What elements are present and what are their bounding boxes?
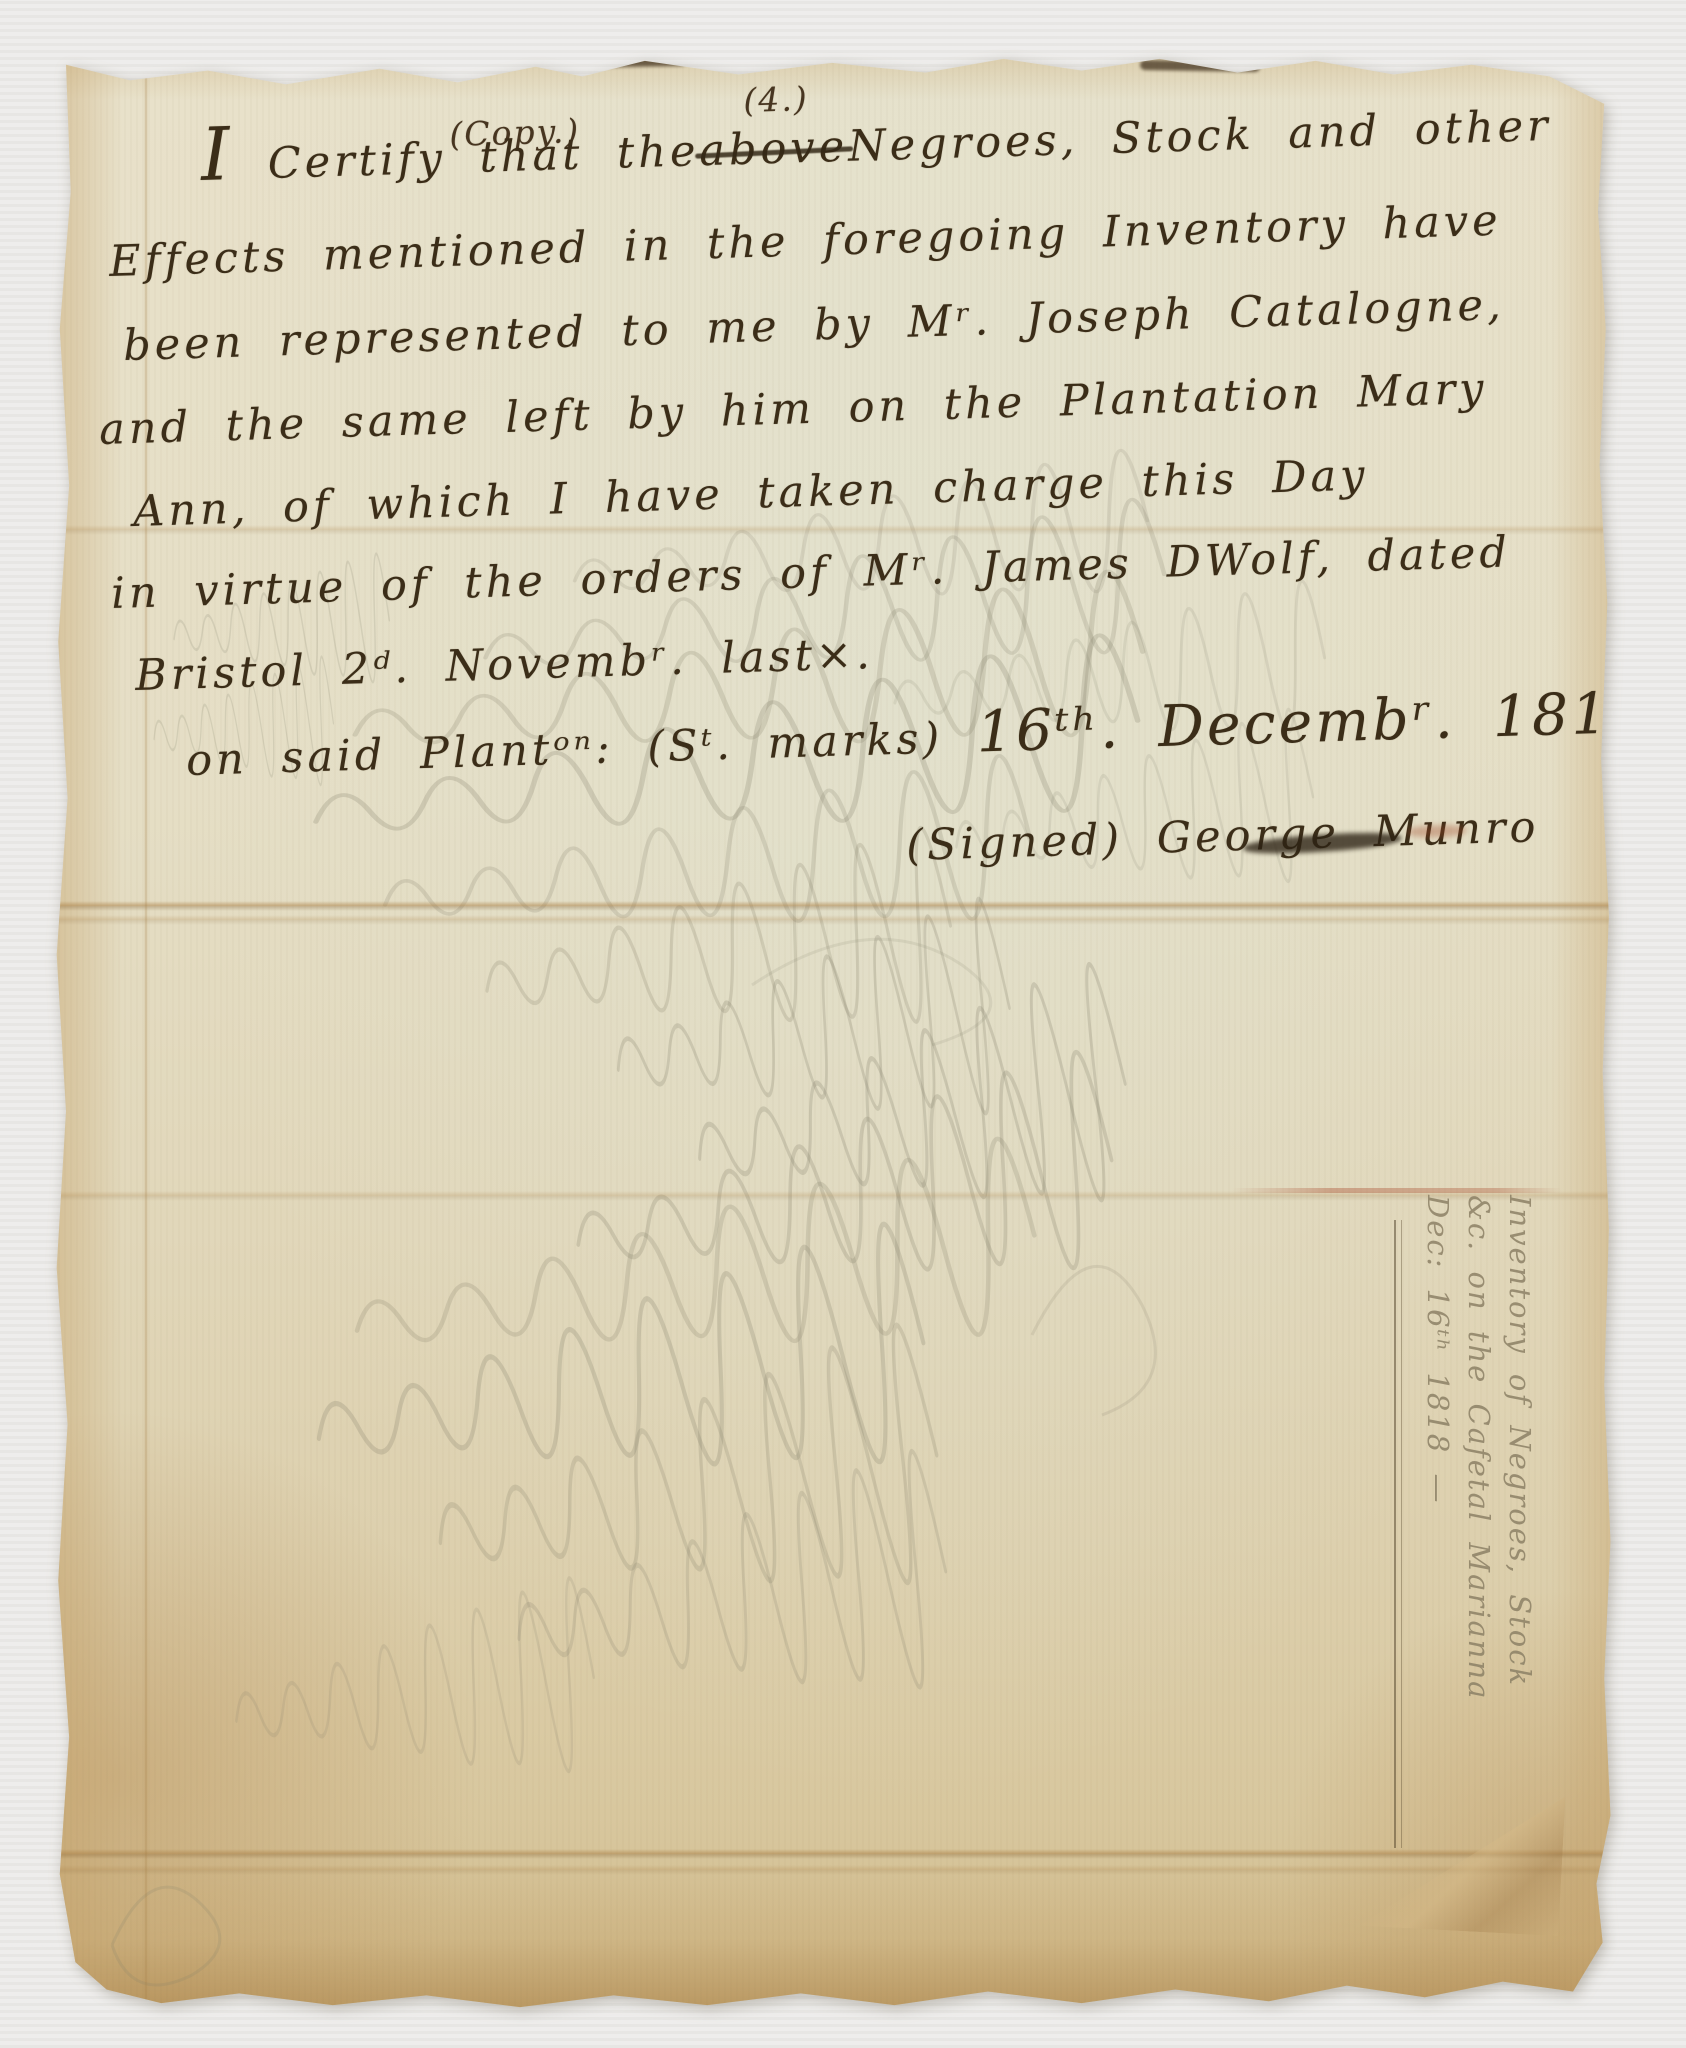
body-line-1-pre: I Certify that the bbox=[201, 126, 701, 191]
body-line-1-post: Negroes, Stock and other bbox=[847, 101, 1552, 172]
document-page: (Copy.) (4.) I Certify that the above Ne… bbox=[52, 55, 1612, 2011]
fold-crease-3 bbox=[52, 1849, 1612, 1859]
body-line-1: I Certify that the above Negroes, Stock … bbox=[201, 101, 1553, 191]
signature: George Munro bbox=[1156, 802, 1540, 863]
body-line-6: in virtue of the orders of Mʳ. James DWo… bbox=[111, 527, 1512, 619]
fold-crease-1 bbox=[52, 901, 1612, 911]
docket-line-1: Inventory of Negroes, Stock bbox=[1499, 1195, 1540, 1825]
dateline: on said Plantᵒⁿ: (Sᵗ. marks) 16ᵗʰ. Decem… bbox=[185, 678, 1686, 789]
docket-line-2: &c. on the Cafetal Marianna bbox=[1458, 1195, 1499, 1825]
body-line-2: Effects mentioned in the foregoing Inven… bbox=[109, 196, 1503, 287]
body-line-5: Ann, of which I have taken charge this D… bbox=[133, 450, 1370, 537]
dateline-date: 16ᵗʰ. Decembʳ. 1818. bbox=[976, 679, 1672, 766]
page-number: (4.) bbox=[743, 79, 809, 120]
fold-crease-1b bbox=[52, 915, 1612, 925]
body-line-3: been represented to me by Mʳ. Joseph Cat… bbox=[123, 280, 1506, 371]
spacer bbox=[942, 713, 977, 764]
signed-label: (Signed) bbox=[906, 815, 1124, 871]
spacer bbox=[1122, 814, 1157, 865]
signature-line: (Signed) George Munro bbox=[906, 802, 1541, 871]
struck-word-above: above bbox=[699, 122, 849, 176]
body-line-7: Bristol 2ᵈ. Novembʳ. last×. bbox=[135, 629, 875, 701]
top-edge-ink-mark-2 bbox=[1140, 60, 1260, 72]
paren-flourish: ) bbox=[1671, 711, 1686, 714]
docket-ruled-line bbox=[1394, 1220, 1402, 1848]
top-edge-ink-mark bbox=[557, 56, 687, 68]
paper-sheet: (Copy.) (4.) I Certify that the above Ne… bbox=[52, 55, 1612, 2011]
red-tint-mark bbox=[1232, 1188, 1562, 1193]
dateline-place: on said Plantᵒⁿ: (Sᵗ. marks) bbox=[185, 714, 944, 786]
scan-background: (Copy.) (4.) I Certify that the above Ne… bbox=[0, 0, 1686, 2048]
fold-crease-3b bbox=[52, 1865, 1612, 1875]
body-line-4: and the same left by him on the Plantati… bbox=[99, 364, 1489, 455]
docket-line-3: Dec: 16ᵗʰ 1818 — bbox=[1417, 1195, 1458, 1825]
docket-annotation: Inventory of Negroes, Stock &c. on the C… bbox=[1417, 1195, 1540, 1825]
